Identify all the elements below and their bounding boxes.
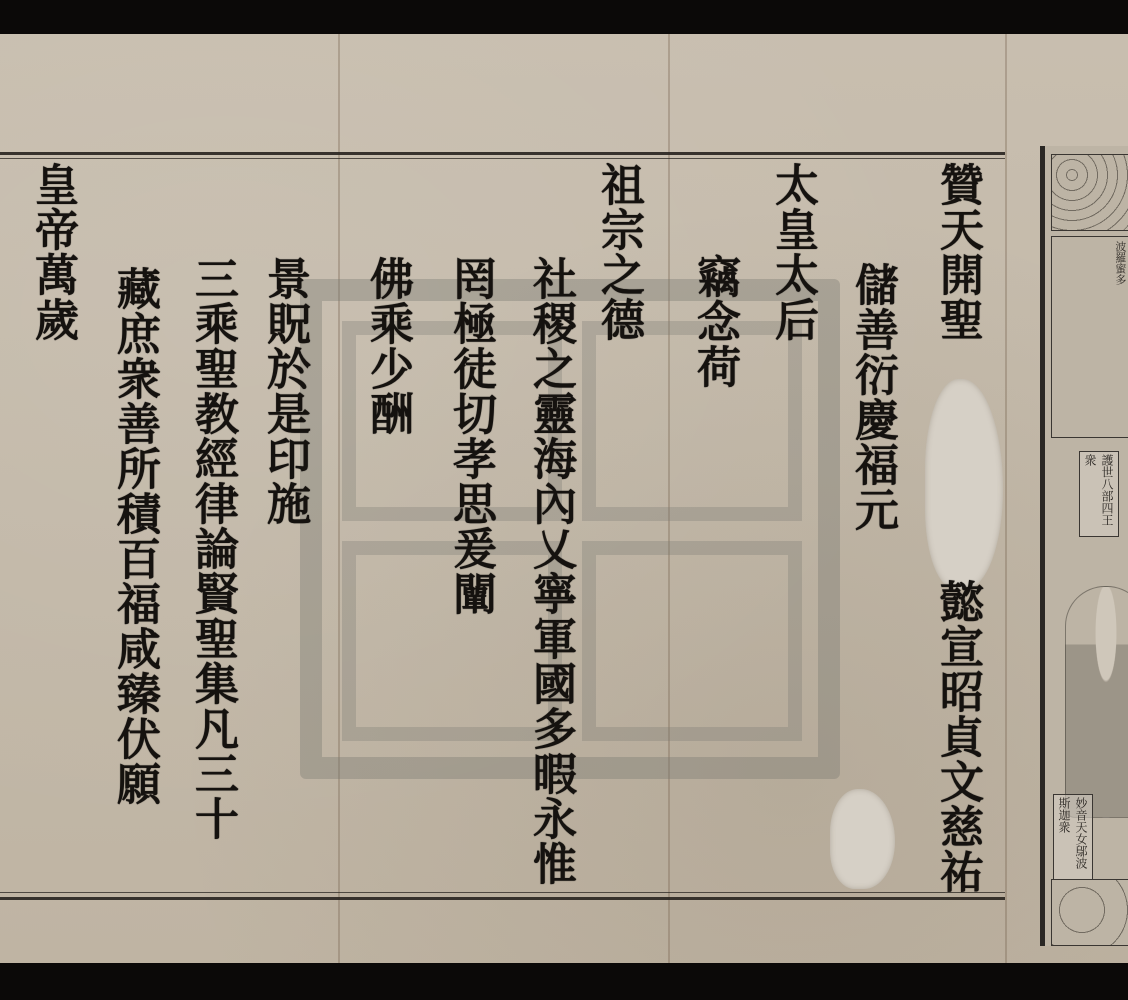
text-column: 景貺於是印施 bbox=[262, 256, 306, 526]
frontispiece-text: 持經護法天王 … 金剛 … 般若波羅蜜多 bbox=[1114, 241, 1128, 431]
paper-damage bbox=[925, 379, 1003, 589]
top-border-rule-thin bbox=[0, 158, 1005, 159]
top-border-rule bbox=[0, 152, 1005, 155]
deity-figure bbox=[1065, 586, 1128, 818]
document-page: 贊天開聖 懿宣昭貞文慈祐 儲善衍慶福元 太皇太后 竊念荷 祖宗之德 社稷之靈海內… bbox=[0, 34, 1128, 963]
text-column: 三乘聖教經律論賢聖集凡三十 bbox=[190, 256, 234, 841]
text-column: 罔極徒切孝思爰闡 bbox=[448, 256, 492, 616]
lotus-base-pattern bbox=[1051, 879, 1128, 946]
text-column: 贊天開聖 bbox=[935, 162, 979, 342]
bottom-border-rule-thin bbox=[0, 892, 1005, 893]
text-column: 祖宗之德 bbox=[596, 162, 640, 342]
text-column: 太皇太后 bbox=[770, 162, 814, 342]
cloud-pattern-border bbox=[1051, 154, 1128, 231]
text-column: 社稷之靈海內乂寧軍國多暇永惟 bbox=[528, 256, 572, 886]
bottom-border-rule bbox=[0, 897, 1005, 900]
text-column: 竊念荷 bbox=[692, 254, 736, 389]
figure-label: 妙音天女鄔波斯迦衆 bbox=[1053, 794, 1093, 880]
text-column: 藏庶衆善所積百福咸臻伏願 bbox=[112, 266, 156, 806]
illustration-panel: 持經護法天王 … 金剛 … 般若波羅蜜多 護世八部四王衆 妙音天女鄔波斯迦衆 bbox=[1040, 146, 1128, 946]
text-column: 懿宣昭貞文慈祐 bbox=[935, 579, 979, 894]
text-column: 皇帝萬歲 bbox=[30, 162, 74, 342]
figure-label: 護世八部四王衆 bbox=[1079, 451, 1119, 537]
frontispiece-text-box: 持經護法天王 … 金剛 … 般若波羅蜜多 bbox=[1051, 236, 1128, 438]
paper-fold bbox=[1005, 34, 1007, 963]
text-column: 儲善衍慶福元 bbox=[850, 262, 894, 532]
text-column: 佛乘少酬 bbox=[365, 256, 409, 436]
paper-damage bbox=[830, 789, 895, 889]
